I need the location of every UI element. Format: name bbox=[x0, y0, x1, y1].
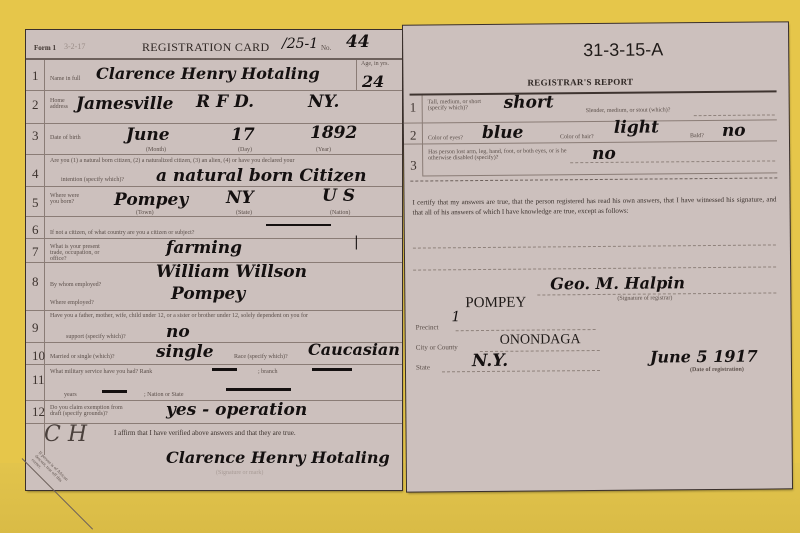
row-number: 8 bbox=[32, 274, 39, 290]
branch-label: ; branch bbox=[258, 369, 278, 375]
birthplace-town: Pompey bbox=[114, 190, 188, 210]
registration-card: Form 1 3-2-17 REGISTRATION CARD /25-1 No… bbox=[26, 30, 402, 490]
dependents-question: Have you a father, mother, wife, child u… bbox=[50, 313, 308, 319]
nation-label: ; Nation or State bbox=[144, 392, 184, 398]
dob-month: June bbox=[126, 125, 170, 145]
row-number: 3 bbox=[32, 128, 39, 144]
state-label: State bbox=[416, 363, 430, 371]
years-label: years bbox=[64, 392, 77, 398]
name-label: Name in full bbox=[50, 76, 80, 82]
county-label: City or County bbox=[416, 343, 458, 351]
hair-color-value: light bbox=[614, 117, 659, 137]
branch-dash bbox=[312, 368, 352, 371]
bald-value: no bbox=[722, 121, 746, 141]
row-number: 5 bbox=[32, 195, 39, 211]
citizenship-question: Are you (1) a natural born citizen, (2) … bbox=[50, 158, 295, 164]
build-label: Slender, medium, or stout (which)? bbox=[586, 107, 671, 114]
sub-year: (Year) bbox=[316, 147, 331, 153]
disability-label: Has person lost arm, leg, hand, foot, or… bbox=[428, 148, 568, 161]
home-address-value: Jamesville bbox=[76, 94, 174, 114]
faint-number: 3-2-17 bbox=[64, 42, 85, 51]
row-number: 9 bbox=[32, 320, 39, 336]
precinct-label: Precinct bbox=[416, 323, 439, 331]
report-title: REGISTRAR'S REPORT bbox=[527, 77, 633, 88]
registrant-signature: Clarence Henry Hotaling bbox=[166, 448, 390, 467]
dependents-value: no bbox=[166, 322, 190, 342]
registration-date: June 5 1917 bbox=[650, 347, 758, 367]
home-address-state: NY. bbox=[308, 92, 339, 112]
corner-note: If person is of African descent, tear of… bbox=[31, 450, 70, 489]
dob-year: 1892 bbox=[310, 123, 357, 143]
name-value: Clarence Henry Hotaling bbox=[96, 64, 320, 83]
registrar-caption: (Signature of registrar) bbox=[617, 295, 672, 301]
hair-color-label: Color of hair? bbox=[560, 134, 594, 140]
employment-place-value: Pompey bbox=[171, 284, 245, 304]
state-value: N.Y. bbox=[472, 351, 508, 371]
rank-dash bbox=[212, 368, 237, 371]
military-rank-label: What military service have you had? Rank bbox=[50, 369, 152, 375]
row-number: 2 bbox=[410, 128, 417, 144]
citizen-of-label: If not a citizen, of what country are yo… bbox=[50, 230, 194, 236]
dependents-label: support (specify which)? bbox=[66, 334, 126, 340]
registrar-signature: Geo. M. Halpin bbox=[550, 273, 685, 293]
nation-dash bbox=[226, 388, 291, 391]
exemption-value: yes - operation bbox=[166, 400, 307, 420]
race-value: Caucasian bbox=[308, 340, 400, 359]
home-address-rfd: R F D. bbox=[196, 92, 254, 112]
row-number: 11 bbox=[32, 372, 45, 388]
age-value: 24 bbox=[362, 72, 384, 91]
height-label: Tall, medium, or short (specify which)? bbox=[428, 99, 500, 112]
marital-label: Married or single (which)? bbox=[50, 354, 114, 360]
birthplace-nation: U S bbox=[322, 186, 355, 206]
affirmation-text: I affirm that I have verified above answ… bbox=[114, 429, 296, 437]
birthplace-label: Where were you born? bbox=[50, 193, 86, 205]
certification-text: I certify that my answers are true, that… bbox=[412, 194, 776, 217]
race-label: Race (specify which)? bbox=[234, 354, 288, 360]
row-number: 3 bbox=[410, 158, 417, 174]
employer-value: William Willson bbox=[156, 262, 307, 282]
row-number: 10 bbox=[32, 348, 45, 364]
row-number: 12 bbox=[32, 404, 45, 420]
sub-month: (Month) bbox=[146, 147, 166, 153]
date-caption: (Date of registration) bbox=[690, 367, 744, 373]
eye-color-label: Color of eyes? bbox=[428, 135, 463, 141]
card-suffix: /25-1 bbox=[282, 36, 318, 52]
citizenship-label: intention (specify which)? bbox=[61, 177, 124, 183]
bald-label: Bald? bbox=[690, 133, 704, 139]
stamp-number: 31-3-15-A bbox=[583, 39, 663, 61]
employment-place-label: Where employed? bbox=[50, 300, 94, 306]
occupation-label: What is your present trade, occupation, … bbox=[50, 244, 110, 262]
row-number: 4 bbox=[32, 166, 39, 182]
exemption-label: Do you claim exemption from draft (speci… bbox=[50, 405, 134, 417]
county-stamp: ONONDAGA bbox=[500, 332, 581, 349]
form-label: Form 1 bbox=[34, 44, 56, 52]
citizenship-value: a natural born Citizen bbox=[156, 166, 366, 186]
age-label: Age, in yrs. bbox=[361, 61, 389, 67]
sub-day: (Day) bbox=[238, 147, 252, 153]
marital-value: single bbox=[156, 342, 214, 362]
eye-color-value: blue bbox=[482, 123, 524, 143]
occupation-value: farming bbox=[166, 238, 242, 258]
card-title: REGISTRATION CARD bbox=[142, 40, 269, 55]
registrars-report-card: 31-3-15-A REGISTRAR'S REPORT 1 Tall, med… bbox=[403, 22, 792, 491]
row-number: 7 bbox=[32, 244, 39, 260]
precinct-value: 1 bbox=[451, 309, 460, 325]
dob-label: Date of birth bbox=[50, 135, 81, 141]
dob-day: 17 bbox=[231, 125, 255, 145]
row-number: 6 bbox=[32, 222, 39, 238]
row-number: 1 bbox=[410, 100, 417, 116]
employer-label: By whom employed? bbox=[50, 282, 101, 288]
birthplace-state: NY bbox=[226, 188, 254, 208]
dash-mark bbox=[266, 224, 331, 226]
row-number: 2 bbox=[32, 97, 39, 113]
row-number: 1 bbox=[32, 68, 39, 84]
years-dash bbox=[102, 390, 127, 393]
tick-mark: | bbox=[354, 234, 359, 250]
height-value: short bbox=[504, 92, 554, 112]
signature-caption: (Signature or mark) bbox=[216, 470, 263, 476]
home-address-label: Home address bbox=[50, 98, 76, 110]
corner-initials: C H bbox=[44, 422, 87, 447]
serial-number: 44 bbox=[346, 32, 370, 52]
no-label: No. bbox=[321, 44, 331, 52]
precinct-stamp: POMPEY bbox=[465, 295, 526, 313]
